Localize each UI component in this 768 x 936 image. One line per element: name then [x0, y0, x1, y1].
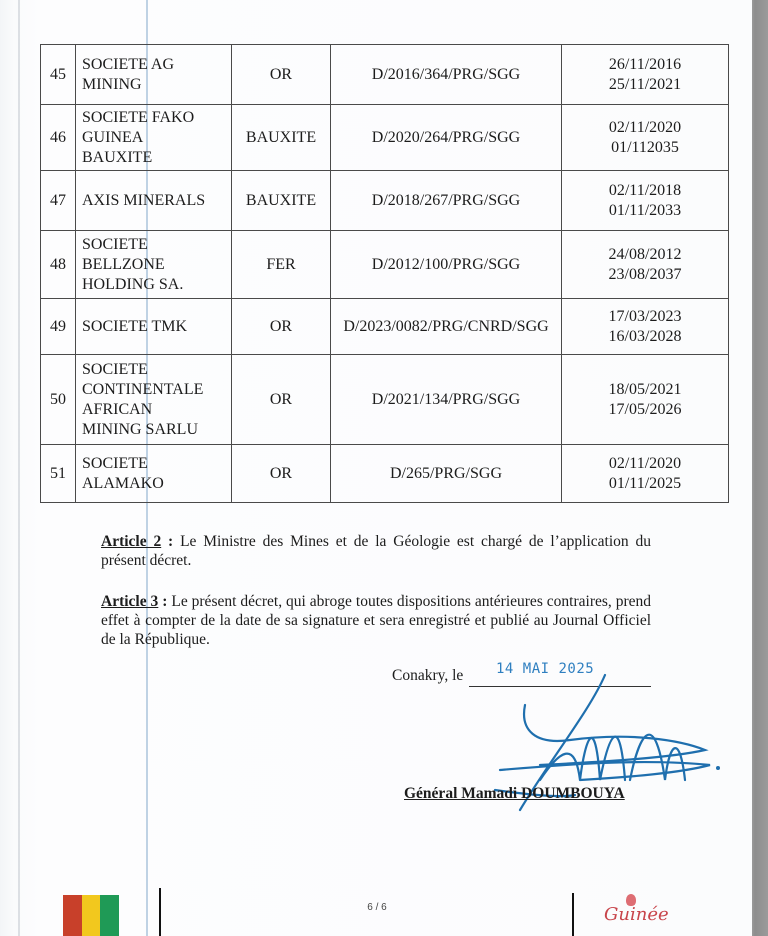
table-row: 48 SOCIETE BELLZONE HOLDING SA. FER D/20…	[41, 231, 729, 299]
row-number: 48	[41, 231, 76, 299]
validity-dates: 02/11/2018 01/11/2033	[562, 171, 729, 231]
article-text: Le Ministre des Mines et de la Géologie …	[101, 533, 651, 569]
company-name: SOCIETE CONTINENTALE AFRICAN MINING SARL…	[76, 355, 232, 445]
table-row: 45 SOCIETE AG MINING OR D/2016/364/PRG/S…	[41, 45, 729, 105]
substance: BAUXITE	[232, 105, 331, 171]
article-2: Article 2 : Le Ministre des Mines et de …	[101, 532, 651, 570]
row-number: 51	[41, 445, 76, 503]
table-row: 49 SOCIETE TMK OR D/2023/0082/PRG/CNRD/S…	[41, 299, 729, 355]
company-name: SOCIETE TMK	[76, 299, 232, 355]
validity-dates: 18/05/2021 17/05/2026	[562, 355, 729, 445]
decree-reference: D/265/PRG/SGG	[331, 445, 562, 503]
article-3: Article 3 : Le présent décret, qui abrog…	[101, 592, 651, 649]
guinee-brand-logo: Guinée	[604, 904, 669, 925]
substance: OR	[232, 45, 331, 105]
place-label: Conakry, le	[392, 667, 463, 685]
article-label: Article 2	[101, 533, 161, 550]
decree-reference: D/2016/364/PRG/SGG	[331, 45, 562, 105]
substance: FER	[232, 231, 331, 299]
logo-ornament-icon	[626, 894, 636, 906]
table-row: 51 SOCIETE ALAMAKO OR D/265/PRG/SGG 02/1…	[41, 445, 729, 503]
decree-reference: D/2023/0082/PRG/CNRD/SGG	[331, 299, 562, 355]
validity-dates: 26/11/2016 25/11/2021	[562, 45, 729, 105]
page-number: 6 / 6	[362, 902, 392, 913]
substance: OR	[232, 445, 331, 503]
table-row: 50 SOCIETE CONTINENTALE AFRICAN MINING S…	[41, 355, 729, 445]
company-name: SOCIETE BELLZONE HOLDING SA.	[76, 231, 232, 299]
substance: OR	[232, 355, 331, 445]
mining-permits-table: 45 SOCIETE AG MINING OR D/2016/364/PRG/S…	[40, 44, 729, 503]
company-name: AXIS MINERALS	[76, 171, 232, 231]
guinea-flag-icon	[63, 895, 119, 936]
company-name: SOCIETE ALAMAKO	[76, 445, 232, 503]
article-separator: :	[161, 533, 180, 550]
article-text: Le présent décret, qui abroge toutes dis…	[101, 593, 651, 648]
decree-reference: D/2012/100/PRG/SGG	[331, 231, 562, 299]
row-number: 49	[41, 299, 76, 355]
scan-right-border	[752, 0, 768, 936]
article-label: Article 3	[101, 593, 158, 610]
document-page: 45 SOCIETE AG MINING OR D/2016/364/PRG/S…	[0, 0, 752, 936]
footer-divider-left	[159, 888, 161, 936]
row-number: 50	[41, 355, 76, 445]
row-number: 47	[41, 171, 76, 231]
company-name: SOCIETE AG MINING	[76, 45, 232, 105]
decree-reference: D/2020/264/PRG/SGG	[331, 105, 562, 171]
validity-dates: 24/08/2012 23/08/2037	[562, 231, 729, 299]
row-number: 46	[41, 105, 76, 171]
footer-divider-right	[572, 893, 574, 936]
validity-dates: 02/11/2020 01/112035	[562, 105, 729, 171]
validity-dates: 17/03/2023 16/03/2028	[562, 299, 729, 355]
substance: BAUXITE	[232, 171, 331, 231]
company-name: SOCIETE FAKO GUINEA BAUXITE	[76, 105, 232, 171]
decree-reference: D/2018/267/PRG/SGG	[331, 171, 562, 231]
article-separator: :	[158, 593, 171, 610]
row-number: 45	[41, 45, 76, 105]
scan-edge-shadow	[18, 0, 20, 936]
table-row: 46 SOCIETE FAKO GUINEA BAUXITE BAUXITE D…	[41, 105, 729, 171]
brand-text: Guinée	[604, 904, 669, 925]
signatory-name: Général Mamadi DOUMBOUYA	[404, 785, 625, 803]
validity-dates: 02/11/2020 01/11/2025	[562, 445, 729, 503]
table-row: 47 AXIS MINERALS BAUXITE D/2018/267/PRG/…	[41, 171, 729, 231]
substance: OR	[232, 299, 331, 355]
decree-reference: D/2021/134/PRG/SGG	[331, 355, 562, 445]
